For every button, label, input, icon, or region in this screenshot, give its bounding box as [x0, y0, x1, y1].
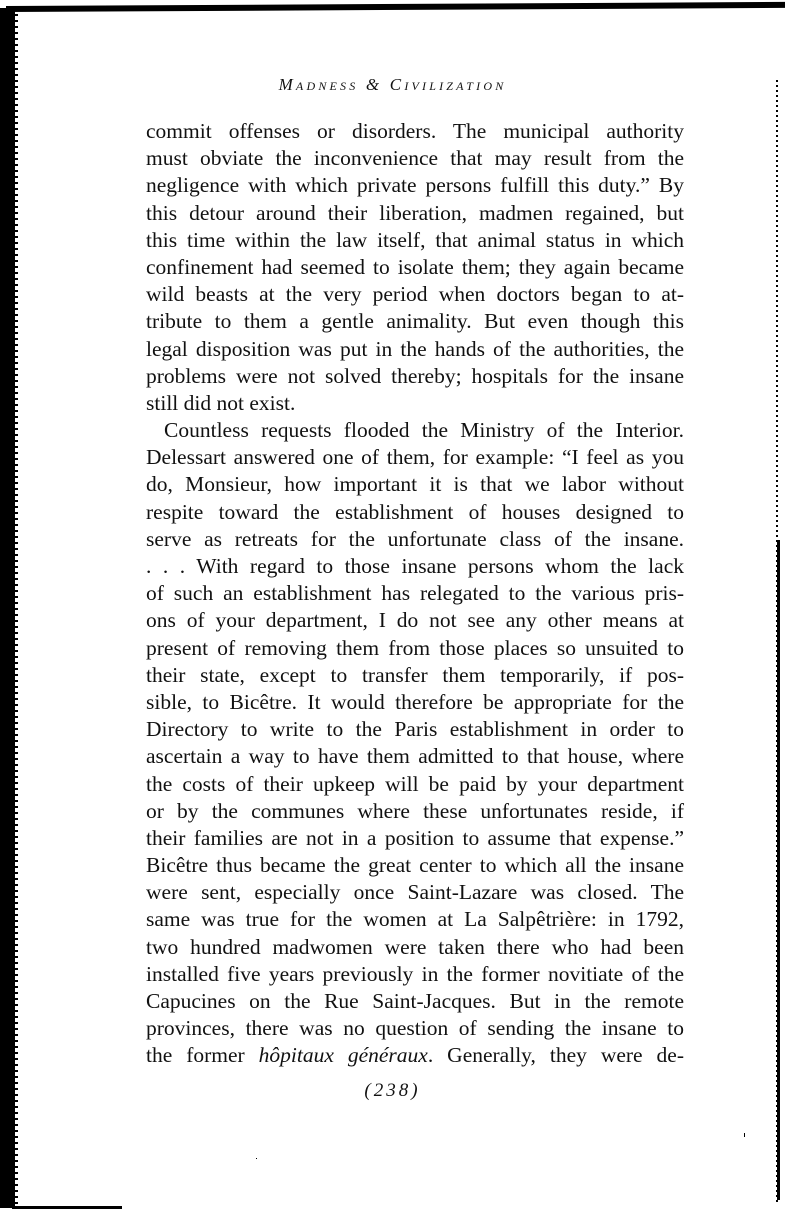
text-line: tribute to them a gentle animality. But … [146, 308, 684, 335]
text-line: do, Monsieur, how important it is that w… [146, 471, 684, 498]
italic-phrase: hôpitaux généraux [259, 1043, 428, 1067]
text-line: wild beasts at the very period when doct… [146, 281, 684, 308]
text-line: problems were not solved thereby; hospit… [146, 363, 684, 390]
text-line: of such an establishment has relegated t… [146, 580, 684, 607]
scan-border-bottom [12, 1206, 122, 1209]
body-text: commit offenses or disorders. The munici… [146, 118, 684, 1070]
scan-speck [256, 1158, 257, 1159]
scan-border-left-dotted [15, 8, 18, 1208]
text-line: negligence with which private persons fu… [146, 172, 684, 199]
text-line: the former hôpitaux généraux. Generally,… [146, 1042, 684, 1069]
text-line: respite toward the establishment of hous… [146, 499, 684, 526]
text-line: . . . With regard to those insane person… [146, 553, 684, 580]
text-line: were sent, especially once Saint-Lazare … [146, 879, 684, 906]
scan-border-left [0, 8, 15, 1208]
paragraph: commit offenses or disorders. The munici… [146, 118, 684, 417]
text-line: two hundred madwomen were taken there wh… [146, 934, 684, 961]
text-line: Capucines on the Rue Saint-Jacques. But … [146, 988, 684, 1015]
text-line: their families are not in a position to … [146, 825, 684, 852]
text-line: Bicêtre thus became the great center to … [146, 852, 684, 879]
scan-speck [744, 1133, 745, 1137]
text-line: ascertain a way to have them admitted to… [146, 743, 684, 770]
text-line: their state, except to transfer them tem… [146, 662, 684, 689]
text-line: Directory to write to the Paris establis… [146, 716, 684, 743]
scan-border-top [6, 2, 785, 12]
text-line: serve as retreats for the unfortunate cl… [146, 526, 684, 553]
running-head: Madness & Civilization [0, 75, 785, 95]
text-line: installed five years previously in the f… [146, 961, 684, 988]
text-line: the costs of their upkeep will be paid b… [146, 771, 684, 798]
text-line: legal disposition was put in the hands o… [146, 336, 684, 363]
text-line: this detour around their liberation, mad… [146, 200, 684, 227]
text-line: commit offenses or disorders. The munici… [146, 118, 684, 145]
text-line: confinement had seemed to isolate them; … [146, 254, 684, 281]
text-line: this time within the law itself, that an… [146, 227, 684, 254]
text-line: present of removing them from those plac… [146, 635, 684, 662]
text-line: Delessart answered one of them, for exam… [146, 444, 684, 471]
text-line: provinces, there was no question of send… [146, 1015, 684, 1042]
text-line: or by the communes where these unfortuna… [146, 798, 684, 825]
text-line: must obviate the inconvenience that may … [146, 145, 684, 172]
text-line: sible, to Bicêtre. It would therefore be… [146, 689, 684, 716]
page-number: (238) [0, 1080, 785, 1102]
text-line: still did not exist. [146, 390, 684, 417]
text-line: Countless requests flooded the Ministry … [146, 417, 684, 444]
paragraph: Countless requests flooded the Ministry … [146, 417, 684, 1070]
text-line: ons of your department, I do not see any… [146, 607, 684, 634]
text-line: same was true for the women at La Salpêt… [146, 906, 684, 933]
